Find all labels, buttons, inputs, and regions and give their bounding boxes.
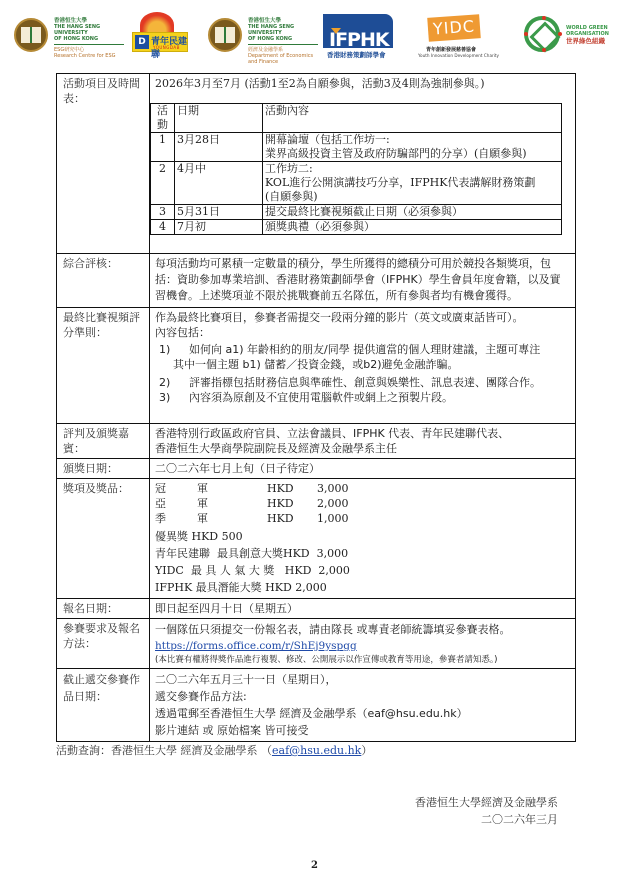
row-registration-date: 報名日期： 即日起至四月十日（星期五）	[57, 599, 576, 619]
registration-date-value: 即日起至四月十日（星期五）	[150, 599, 576, 619]
row-prizes: 獎項及獎品： 冠 軍 HKD 3,000 亞 軍 HKD 2,000 季 軍 H…	[57, 479, 576, 599]
leaf-ring-icon	[524, 16, 560, 52]
criteria-item: 1) 如何向 a1) 年齡相約的朋友/同學 提供適當的個人理財建議，主題可專注	[159, 342, 570, 357]
logo-hsu-econ-finance: 香港恒生大學 THE HANG SENG UNIVERSITY OF HONG …	[208, 12, 318, 58]
registration-form-link[interactable]: https://forms.office.com/r/ShEj9yspgg	[155, 640, 357, 652]
page-number: 2	[311, 860, 318, 871]
prize-item: 季 軍 HKD 1,000	[155, 511, 570, 526]
criteria-label: 最終比賽視頻評分準則：	[57, 308, 150, 424]
prize-special: IFPHK 最具潛能大獎 HKD 2,000	[155, 579, 570, 596]
sponsor-logos: 香港恒生大學 THE HANG SENG UNIVERSITY OF HONG …	[0, 8, 628, 63]
criteria-intro: 作為最終比賽項目，參賽者需提交一段兩分鐘的影片（英文或廣東話皆可）。	[155, 310, 570, 325]
prize-item: 亞 軍 HKD 2,000	[155, 496, 570, 511]
logo-dab-youth: D 青年民建聯 YOUNGDAB	[130, 12, 194, 58]
registration-note: (本比賽有權將得獎作品進行複製、修改、公開展示以作宣傳或教育等用途，參賽者請知悉…	[155, 654, 570, 666]
assessment-text: 每項活動均可累積一定數量的積分，學生所獲得的總積分可用於競投各類獎項，包括：資助…	[150, 254, 576, 308]
hsu-crest-icon	[14, 18, 48, 52]
row-registration: 參賽要求及報名方法： 一個隊伍只須提交一份報名表，請由隊長 或專責老師統籌填妥參…	[57, 619, 576, 669]
logo-yidc: YIDC 青年創新發展慈善協會 Youth Innovation Develop…	[418, 12, 498, 58]
row-schedule: 活動項目及時間表： 2026年3月至7月 (活動1至2為自願參與，活動3及4則為…	[57, 74, 576, 254]
schedule-header-row: 活動 日期 活動內容	[151, 104, 562, 133]
registration-text: 一個隊伍只須提交一份報名表，請由隊長 或專責老師統籌填妥參賽表格。	[155, 621, 570, 638]
prizes-label: 獎項及獎品：	[57, 479, 150, 599]
signature-org: 香港恒生大學經濟及金融學系	[415, 794, 558, 811]
registration-label: 參賽要求及報名方法：	[57, 619, 150, 669]
hsu-crest-icon	[208, 18, 242, 52]
enquiry-email-link[interactable]: eaf@hsu.edu.hk	[272, 744, 361, 757]
submission-label: 截止遞交參賽作品日期：	[57, 669, 150, 742]
competition-details-table: 活動項目及時間表： 2026年3月至7月 (活動1至2為自願參與，活動3及4則為…	[56, 73, 576, 742]
schedule-table: 活動 日期 活動內容 1 3月28日 開幕論壇（包括工作坊一:業界高級投資主管及…	[150, 103, 562, 235]
signature-block: 香港恒生大學經濟及金融學系 二〇二六年三月	[415, 794, 558, 828]
schedule-row: 3 5月31日 提交最終比賽視頻截止日期（必須參與）	[151, 205, 562, 220]
criteria-item: 3) 內容須為原創及不宜使用電腦軟件或網上之預製片段。	[159, 390, 570, 405]
criteria-intro2: 內容包括：	[155, 325, 570, 340]
prize-special: YIDC 最 具 人 氣 大 獎 HKD 2,000	[155, 562, 570, 579]
criteria-list: 1) 如何向 a1) 年齡相約的朋友/同學 提供適當的個人理財建議，主題可專注 …	[159, 342, 570, 405]
logo-world-green-organisation: WORLD GREEN ORGANISATION 世界綠色組織	[520, 12, 628, 58]
prize-item: 冠 軍 HKD 3,000	[155, 481, 570, 496]
schedule-intro: 2026年3月至7月 (活動1至2為自願參與，活動3及4則為強制參與。)	[155, 74, 575, 103]
registration-date-label: 報名日期：	[57, 599, 150, 619]
judges-label: 評判及頒獎嘉賓：	[57, 424, 150, 459]
row-award-date: 頒獎日期： 二〇二六年七月上旬（日子待定）	[57, 459, 576, 479]
assessment-label: 綜合評核：	[57, 254, 150, 308]
enquiry-line: 活動查詢：香港恒生大學 經濟及金融學系 （eaf@hsu.edu.hk）	[56, 742, 372, 758]
prize-special: 青年民建聯 最具創意大獎HKD 3,000	[155, 545, 570, 562]
logo-hsu-research-centre-esg: 香港恒生大學 THE HANG SENG UNIVERSITY OF HONG …	[14, 12, 124, 58]
logo-ifphk: IFPHK 香港財務策劃師學會	[323, 12, 398, 58]
prize-special: 優異獎 HKD 500	[155, 528, 570, 545]
criteria-item: 2) 評審指標包括財務信息與準確性、創意與娛樂性、訊息表達、團隊合作。	[159, 375, 570, 390]
schedule-label: 活動項目及時間表：	[57, 74, 150, 254]
row-judges: 評判及頒獎嘉賓： 香港特別行政區政府官員、立法會議員、IFPHK 代表、青年民建…	[57, 424, 576, 459]
award-date-label: 頒獎日期：	[57, 459, 150, 479]
judges-line: 香港恒生大學商學院副院長及經濟及金融學系主任	[155, 441, 570, 456]
row-assessment: 綜合評核： 每項活動均可累積一定數量的積分，學生所獲得的總積分可用於競投各類獎項…	[57, 254, 576, 308]
row-criteria: 最終比賽視頻評分準則： 作為最終比賽項目，參賽者需提交一段兩分鐘的影片（英文或廣…	[57, 308, 576, 424]
schedule-row: 2 4月中 工作坊二:KOL進行公開演講技巧分享，IFPHK代表講解財務策劃(自…	[151, 162, 562, 205]
schedule-row: 4 7月初 頒獎典禮（必須參與）	[151, 220, 562, 235]
judges-line: 香港特別行政區政府官員、立法會議員、IFPHK 代表、青年民建聯代表、	[155, 426, 570, 441]
award-date-value: 二〇二六年七月上旬（日子待定）	[150, 459, 576, 479]
prizes-list: 冠 軍 HKD 3,000 亞 軍 HKD 2,000 季 軍 HKD 1,00…	[150, 479, 576, 599]
schedule-row: 1 3月28日 開幕論壇（包括工作坊一:業界高級投資主管及政府防騙部門的分享）(…	[151, 133, 562, 162]
row-submission: 截止遞交參賽作品日期： 二〇二六年五月三十一日（星期日）， 遞交參賽作品方法: …	[57, 669, 576, 742]
signature-date: 二〇二六年三月	[415, 811, 558, 828]
